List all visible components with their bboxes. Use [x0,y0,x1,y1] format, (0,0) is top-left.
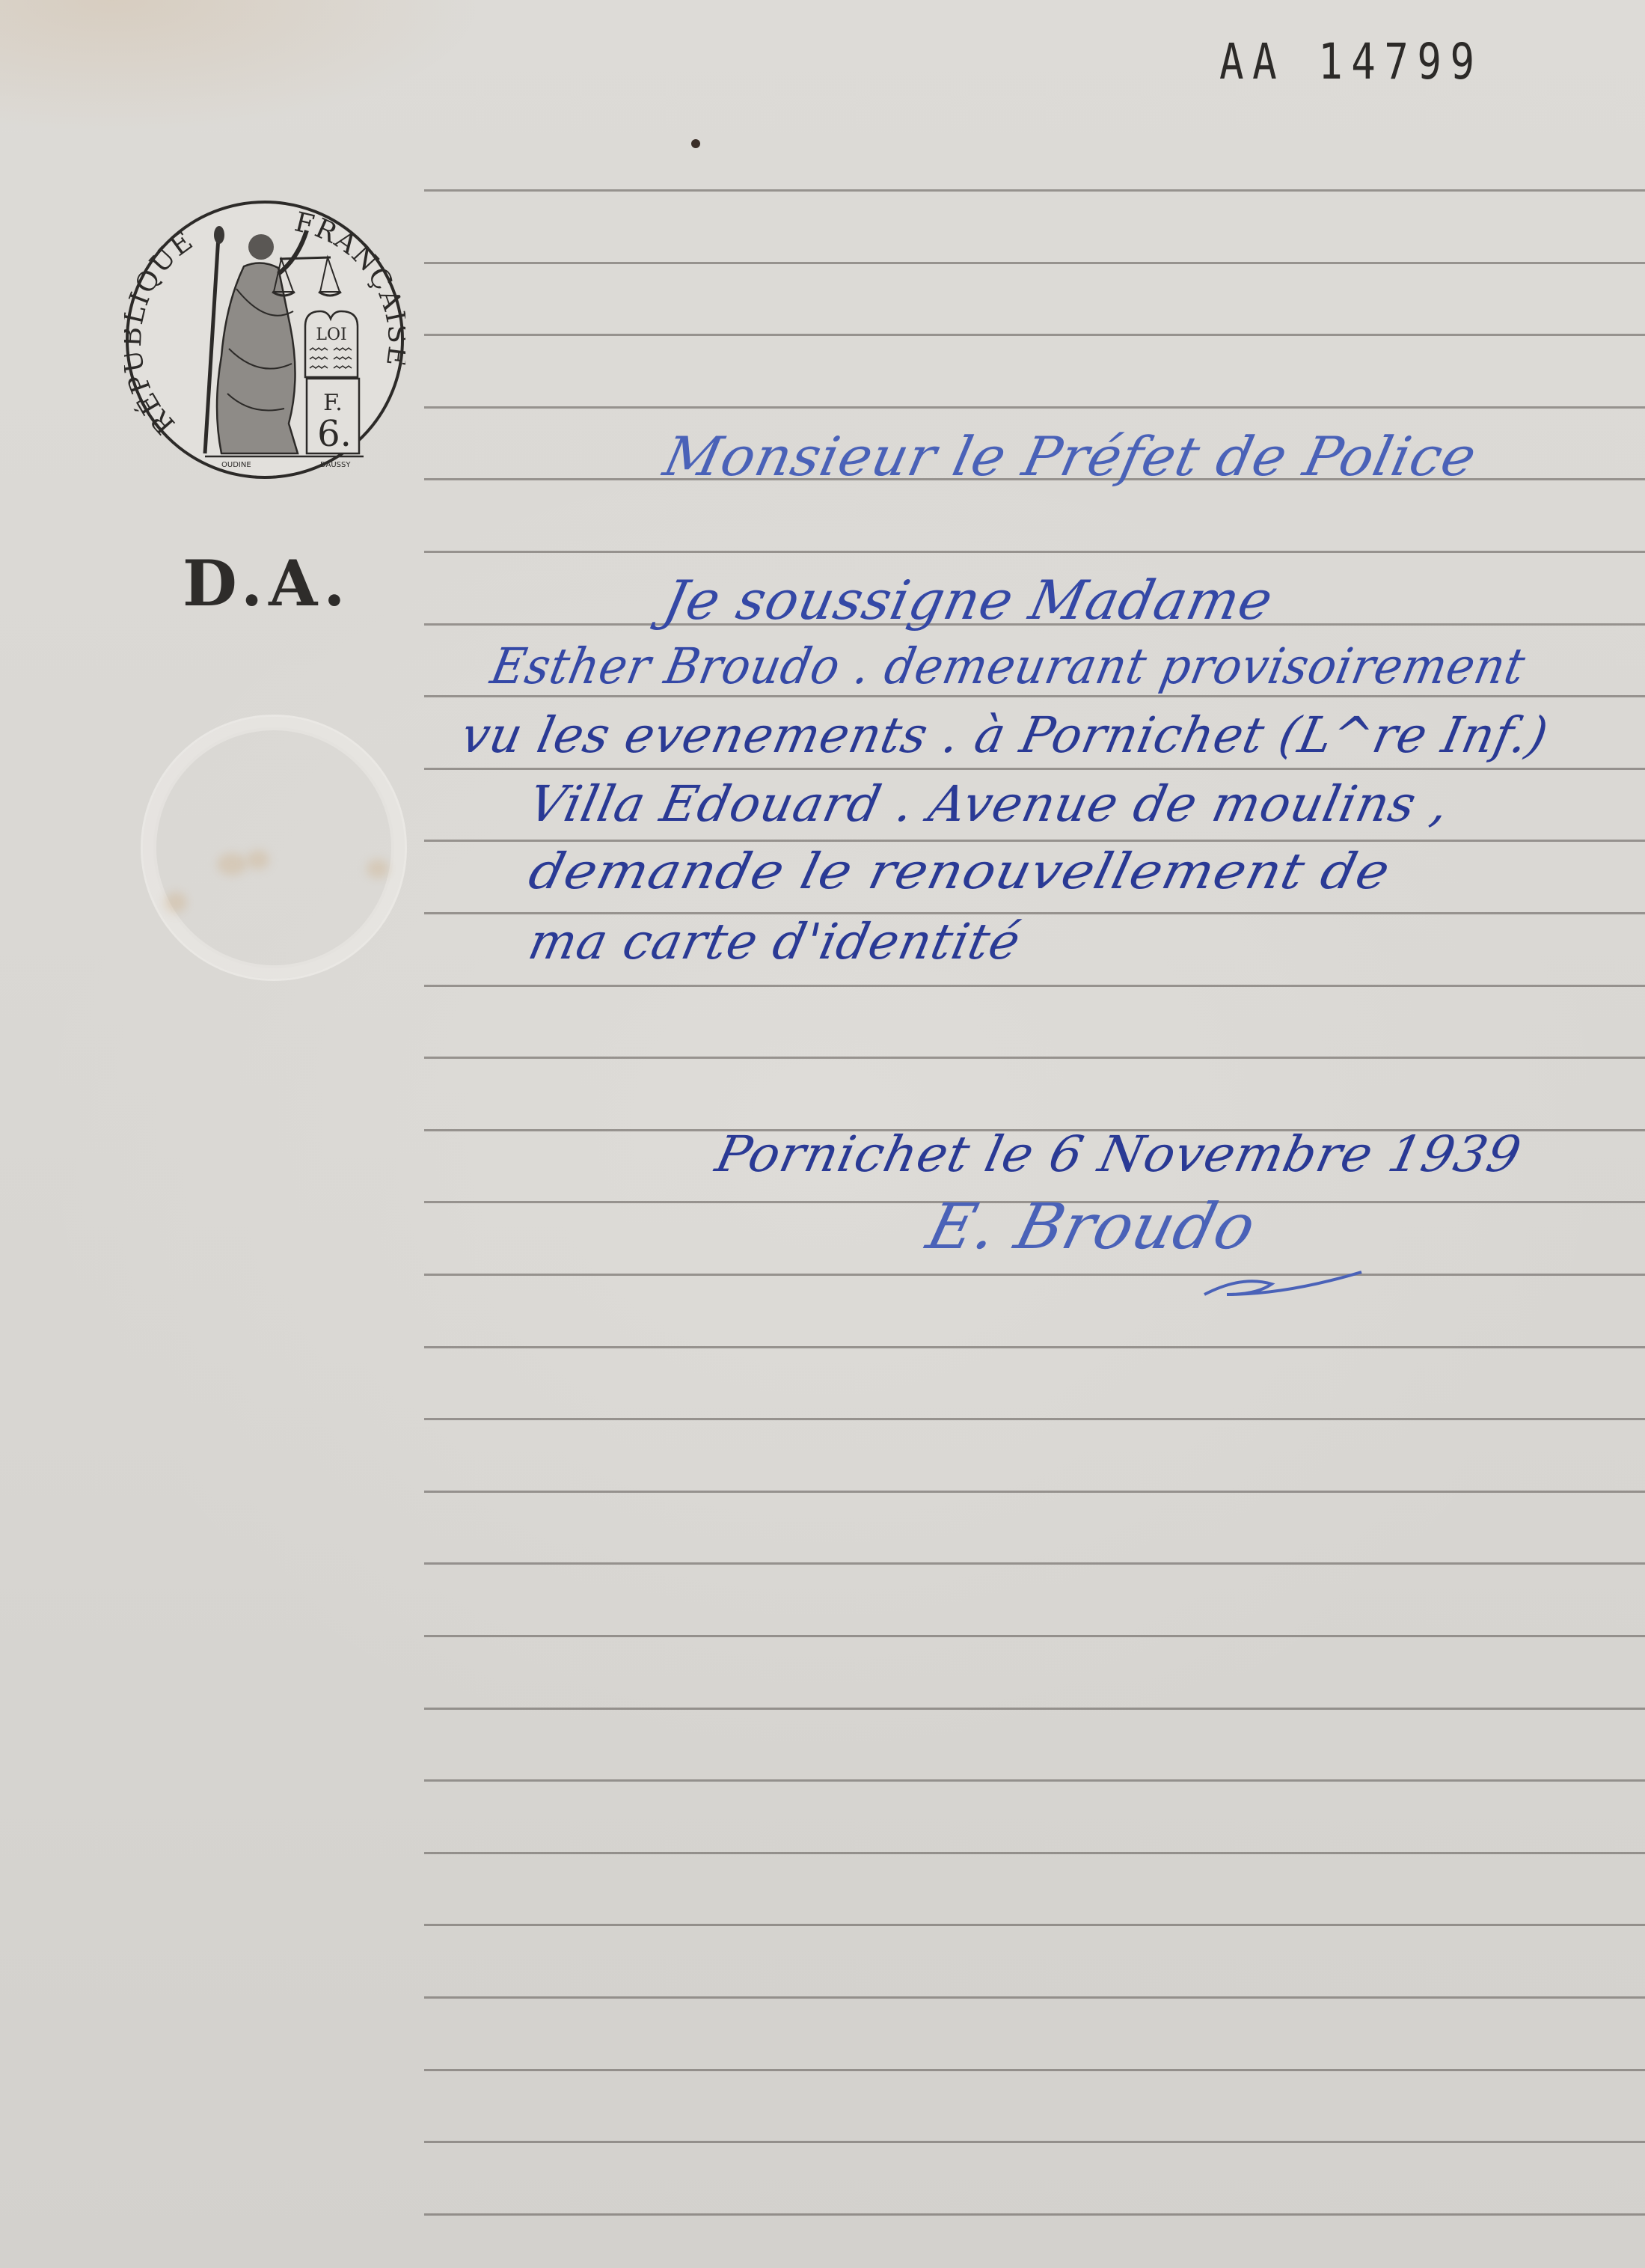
letter-body-line: Je soussigne Madame [658,569,1278,632]
letter-body-line: Villa Edouard . Avenue de moulins , [524,775,1454,833]
ruled-line [424,985,1645,987]
letter-addressee: Monsieur le Préfet de Police [658,425,1483,488]
ruled-line [424,1996,1645,1999]
ruled-line [424,189,1645,192]
ruled-line [424,2213,1645,2216]
stamp-engraver-right: DAUSSY [320,461,351,469]
stamp-value: 6. [317,413,352,455]
ruled-line [424,1057,1645,1059]
letter-body-line: Esther Broudo . demeurant provisoirement [486,638,1531,695]
letter-body-line: vu les evenements . à Pornichet (L^re In… [456,706,1554,764]
ruled-line [424,2141,1645,2143]
series-code: D.A. [183,546,352,620]
ruled-line [424,695,1645,697]
ruled-line [424,1779,1645,1782]
ruled-line [424,1274,1645,1276]
signature-flourish-icon [1197,1265,1376,1302]
fiscal-stamp: RÉPUBLIQUE FRANÇAISE LOI F. 6. OUDINE DA… [124,199,405,480]
ruled-line [424,1418,1645,1420]
letter-signature: E. Broudo [920,1190,1263,1263]
ruled-line [424,334,1645,336]
ruled-line [424,1491,1645,1493]
letter-body-line: demande le renouvellement de [524,843,1396,900]
stamp-engraver-left: OUDINE [221,461,251,469]
ruled-line [424,551,1645,553]
foxing-stain [217,853,247,875]
ruled-line [424,1852,1645,1854]
ruled-line [424,768,1645,770]
letter-body-line: ma carte d'identité [524,913,1026,971]
ruled-line [424,1708,1645,1710]
ruled-line [424,1635,1645,1637]
ruled-line [424,1346,1645,1348]
ruled-line [424,840,1645,842]
stamp-tablet-text: LOI [316,325,346,344]
ruled-line [424,262,1645,264]
foxing-stain [247,850,269,869]
ruled-line [424,406,1645,409]
justice-figure-with-scales-icon: RÉPUBLIQUE FRANÇAISE LOI F. 6. OUDINE DA… [124,199,405,480]
letter-place-date: Pornichet le 6 Novembre 1939 [711,1125,1527,1183]
embossed-seal-icon [141,715,407,981]
foxing-stain [165,892,187,913]
stamp-value-prefix: F. [323,390,343,416]
ruled-line [424,1924,1645,1926]
ruled-line [424,1562,1645,1565]
foxing-stain [367,859,389,878]
ruled-line [424,2069,1645,2071]
